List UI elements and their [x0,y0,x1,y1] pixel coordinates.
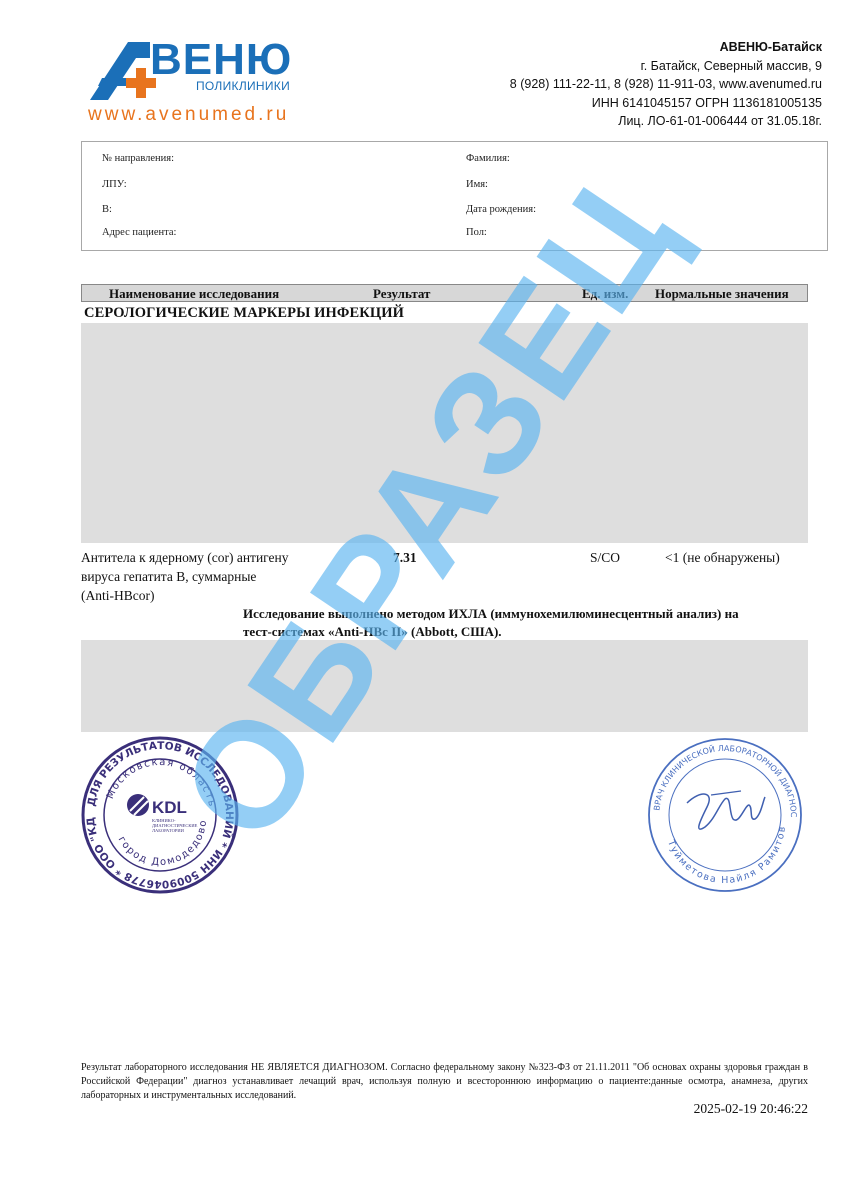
svg-text:KDL: KDL [152,798,187,817]
header-unit: Ед. изм. [582,286,628,302]
logo-url: www.avenumed.ru [88,104,289,126]
test-name-line-2: вируса гепатита В, суммарные [81,567,289,586]
result-value: 7.31 [393,548,417,567]
patient-address-label: Адрес пациента: [102,227,176,238]
results-table-header: Наименование исследования Результат Ед. … [81,284,808,302]
logo-subtitle: ПОЛИКЛИНИКИ [196,79,290,93]
svg-text:ВРАЧ КЛИНИЧЕСКОЙ ЛАБОРАТОРНОЙ: ВРАЧ КЛИНИЧЕСКОЙ ЛАБОРАТОРНОЙ ДИАГНОСТИК… [645,735,798,818]
v-label: В: [102,204,112,215]
patient-info-box: № направления: ЛПУ: В: Адрес пациента: Ф… [81,141,828,251]
referral-number-label: № направления: [102,153,174,164]
first-name-label: Имя: [466,179,488,190]
clinic-name: АВЕНЮ-Батайск [510,38,822,57]
clinic-info: АВЕНЮ-Батайск г. Батайск, Северный масси… [510,38,822,131]
doctor-stamp: ВРАЧ КЛИНИЧЕСКОЙ ЛАБОРАТОРНОЙ ДИАГНОСТИК… [645,735,805,895]
report-timestamp: 2025-02-19 20:46:22 [694,1101,808,1117]
clinic-contacts: 8 (928) 111-22-11, 8 (928) 11-911-03, ww… [510,75,822,94]
sex-label: Пол: [466,227,487,238]
method-line-1: Исследование выполнено методом ИХЛА (имм… [243,605,803,623]
logo-brand: ВЕНЮ [150,38,292,82]
method-note: Исследование выполнено методом ИХЛА (имм… [243,605,803,641]
method-line-2: тест-системах «Anti-HBc II» (Abbott, США… [243,623,803,641]
table-row: Антитела к ядерному (cor) антигену вирус… [81,548,289,605]
header-result: Результат [373,286,430,302]
header-test-name: Наименование исследования [109,286,279,302]
clinic-license: Лиц. ЛО-61-01-006444 от 31.05.18г. [510,112,822,131]
clinic-logo: ВЕНЮ ПОЛИКЛИНИКИ www.avenumed.ru [88,38,308,130]
redacted-block-bottom [81,640,808,732]
header-normal-range: Нормальные значения [655,286,789,302]
normal-range: <1 (не обнаружены) [665,548,780,567]
surname-label: Фамилия: [466,153,510,164]
result-unit: S/CO [590,548,620,567]
clinic-address: г. Батайск, Северный массив, 9 [510,57,822,76]
svg-text:ЛАБОРАТОРИИ: ЛАБОРАТОРИИ [152,828,185,833]
test-name-line-3: (Anti-HBcor) [81,586,289,605]
birthdate-label: Дата рождения: [466,204,536,215]
redacted-block-top [81,323,808,543]
signature-icon [687,794,765,829]
clinic-registration: ИНН 6141045157 ОГРН 1136181005135 [510,94,822,113]
lpu-label: ЛПУ: [102,179,127,190]
test-name-line-1: Антитела к ядерному (cor) антигену [81,548,289,567]
kdl-logo-icon [127,794,149,816]
section-title: СЕРОЛОГИЧЕСКИЕ МАРКЕРЫ ИНФЕКЦИЙ [84,305,404,322]
kdl-lab-stamp: ДЛЯ РЕЗУЛЬТАТОВ ИССЛЕДОВАНИЙ * ИНН 50090… [80,735,240,895]
disclaimer: Результат лабораторного исследования НЕ … [81,1061,808,1103]
